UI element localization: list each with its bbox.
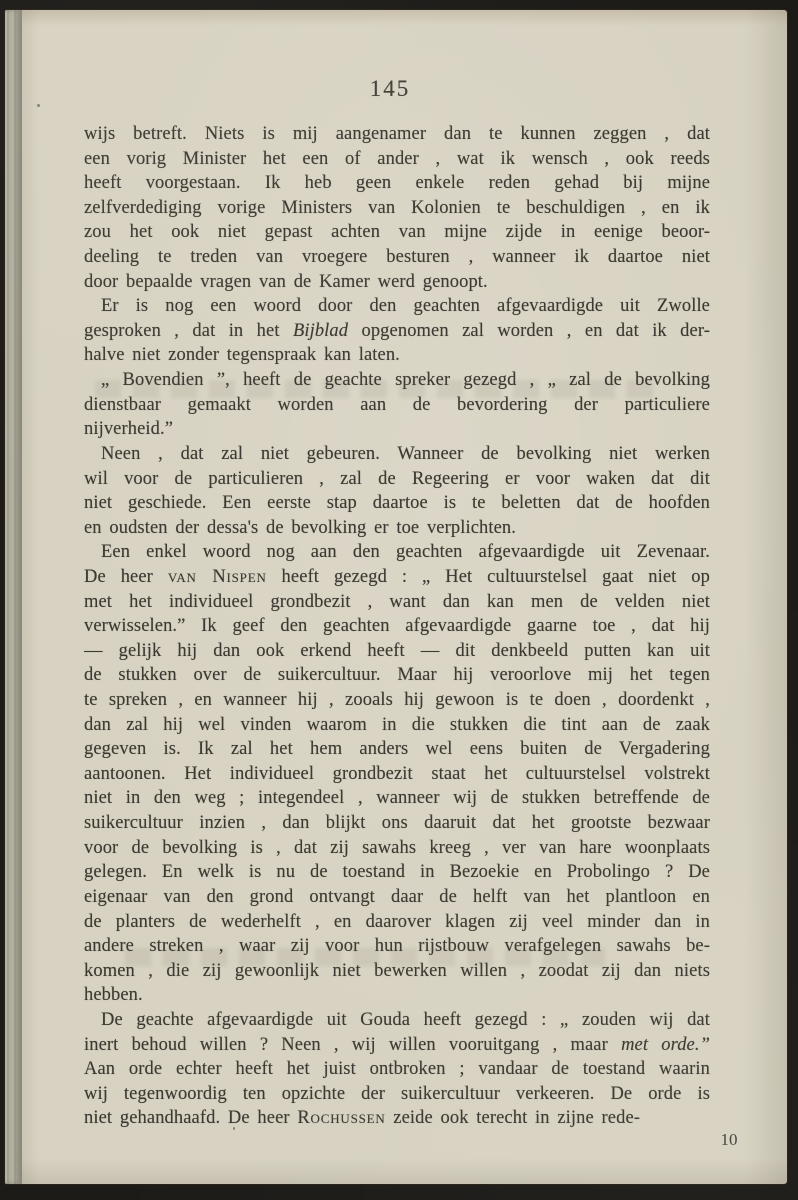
text-segment: heeft voorgestaan. Ik heb geen enkele re… [84,173,710,193]
text-line: De heer van Nispen heeft gezegd : „ Het … [84,565,710,590]
person-name: van Nispen [168,567,267,587]
text-line: niet in den weg ; integendeel , wanneer … [84,786,710,811]
text-line: „ Bovendien ”, heeft de geachte spreker … [84,368,710,393]
text-segment: niet geschiede. Een eerste stap daartoe … [84,493,710,513]
text-line: door bepaalde vragen van de Kamer werd g… [84,270,710,295]
text-segment: deeling te treden van vroegere besturen … [84,247,710,267]
text-segment: hebben. [84,985,143,1005]
text-segment: de stukken over de suikercultuur. Maar h… [84,665,710,685]
text-line: dienstbaar gemaakt worden aan de bevorde… [84,393,710,418]
text-segment: opgenomen zal worden , en dat ik der- [348,321,710,341]
text-line: aantoonen. Het individueel grondbezit st… [84,762,710,787]
text-line: deeling te treden van vroegere besturen … [84,245,710,270]
text-line: — gelijk hij dan ook erkend heeft — dit … [84,639,710,664]
text-line: Een enkel woord nog aan den geachten afg… [84,540,710,565]
text-line: heeft voorgestaan. Ik heb geen enkele re… [84,171,710,196]
text-line: Er is nog een woord door den geachten af… [84,294,710,319]
text-line: Aan orde echter heeft het juist ontbroke… [84,1057,710,1082]
text-segment: niet in den weg ; integendeel , wanneer … [84,788,710,808]
text-segment: — gelijk hij dan ook erkend heeft — dit … [84,641,710,661]
text-segment: komen , die zij gewoonlijk niet bewerken… [84,961,710,981]
text-segment: de planters de wederhelft , en daarover … [84,912,710,932]
text-line: verwisselen.” Ik geef den geachten afgev… [84,614,710,639]
text-segment: dienstbaar gemaakt worden aan de bevorde… [84,395,710,415]
text-line: zou het ook niet gepast achten van mijne… [84,220,710,245]
text-segment: dan zal hij wel vinden waarom in die stu… [84,715,710,735]
page-number: 145 [84,76,696,102]
text-segment: gesproken , dat in het [84,321,293,341]
text-line: De geachte afgevaardigde uit Gouda heeft… [84,1008,710,1033]
text-line: een vorig Minister het een of ander , wa… [84,147,710,172]
text-line: wijs betreft. Niets is mij aangenamer da… [84,122,710,147]
text-segment: „ Bovendien ”, heeft de geachte spreker … [101,370,710,390]
text-segment: wil voor de particulieren , zal de Regee… [84,469,710,489]
text-segment: wijs betreft. Niets is mij aangenamer da… [84,124,710,144]
text-segment: door bepaalde vragen van de Kamer werd g… [84,272,488,292]
text-segment: Neen , dat zal niet gebeuren. Wanneer de… [101,444,710,464]
text-line: de stukken over de suikercultuur. Maar h… [84,663,710,688]
text-line: en oudsten der dessa's de bevolking er t… [84,516,710,541]
text-segment: De heer [84,567,168,587]
text-segment: en oudsten der dessa's de bevolking er t… [84,518,516,538]
text-line: komen , die zij gewoonlijk niet bewerken… [84,959,710,984]
person-name: Rochussen [297,1108,385,1128]
text-segment: halve niet zonder tegenspraak kan laten. [84,345,400,365]
text-line: gegeven is. Ik zal het hem anders wel ee… [84,737,710,762]
text-segment: wij tegenwoordig ten opzichte der suiker… [84,1084,710,1104]
text-line: andere streken , waar zij voor hun rijst… [84,934,710,959]
text-line: dan zal hij wel vinden waarom in die stu… [84,713,710,738]
text-line: wij tegenwoordig ten opzichte der suiker… [84,1082,710,1107]
text-segment: voor de bevolking is , dat zij sawahs kr… [84,838,710,858]
text-segment: suikercultuur inzien , dan blijkt ons da… [84,813,710,833]
text-line: Neen , dat zal niet gebeuren. Wanneer de… [84,442,710,467]
text-segment: Er is nog een woord door den geachten af… [101,296,710,316]
text-segment: aantoonen. Het individueel grondbezit st… [84,764,710,784]
text-line: eigenaar van den grond ontvangt daar de … [84,885,710,910]
text-segment: zelfverdediging vorige Ministers van Kol… [84,198,710,218]
text-line: de planters de wederhelft , en daarover … [84,910,710,935]
text-line: niet geschiede. Een eerste stap daartoe … [84,491,710,516]
book-page: 145 wijs betreft. Niets is mij aangename… [5,10,787,1184]
page-edge-stack [5,10,22,1184]
ink-speck [37,104,40,107]
text-segment: Aan orde echter heeft het juist ontbroke… [84,1059,710,1079]
text-line: met het individueel grondbezit , want da… [84,590,710,615]
text-segment: verwisselen.” Ik geef den geachten afgev… [84,616,710,636]
page-text: wijs betreft. Niets is mij aangenamer da… [84,122,710,1131]
text-segment: gegeven is. Ik zal het hem anders wel ee… [84,739,710,759]
text-segment: met het individueel grondbezit , want da… [84,592,710,612]
text-segment: Een enkel woord nog aan den geachten afg… [101,542,710,562]
text-segment: niet gehandhaafd. De heer [84,1108,297,1128]
text-line: halve niet zonder tegenspraak kan laten. [84,343,710,368]
text-segment: zou het ook niet gepast achten van mijne… [84,222,710,242]
text-line: hebben. [84,983,710,1008]
text-segment: eigenaar van den grond ontvangt daar de … [84,887,710,907]
text-segment: gelegen. En welk is nu de toestand in Be… [84,862,710,882]
text-line: wil voor de particulieren , zal de Regee… [84,467,710,492]
signature-number: 10 [699,1130,759,1150]
text-segment: met orde.” [621,1035,710,1055]
scan-background: 145 wijs betreft. Niets is mij aangename… [0,0,798,1200]
text-line: niet gehandhaafd. De heer Rochussen zeid… [84,1106,710,1131]
text-line: te spreken , en wanneer hij , zooals hij… [84,688,710,713]
text-segment: te spreken , en wanneer hij , zooals hij… [84,690,710,710]
text-segment: zeide ook terecht in zijne rede- [386,1108,640,1128]
text-line: inert behoud willen ? Neen , wij willen … [84,1033,710,1058]
text-line: zelfverdediging vorige Ministers van Kol… [84,196,710,221]
text-segment: De geachte afgevaardigde uit Gouda heeft… [101,1010,710,1030]
text-segment: Bijblad [293,321,348,341]
text-segment: andere streken , waar zij voor hun rijst… [84,936,710,956]
text-segment: inert behoud willen ? Neen , wij willen … [84,1035,621,1055]
text-line: gelegen. En welk is nu de toestand in Be… [84,860,710,885]
text-segment: heeft gezegd : „ Het cultuurstelsel gaat… [267,567,710,587]
text-line: voor de bevolking is , dat zij sawahs kr… [84,836,710,861]
text-line: gesproken , dat in het Bijblad opgenomen… [84,319,710,344]
text-segment: een vorig Minister het een of ander , wa… [84,149,710,169]
text-line: suikercultuur inzien , dan blijkt ons da… [84,811,710,836]
text-segment: nijverheid.” [84,419,173,439]
text-line: nijverheid.” [84,417,710,442]
